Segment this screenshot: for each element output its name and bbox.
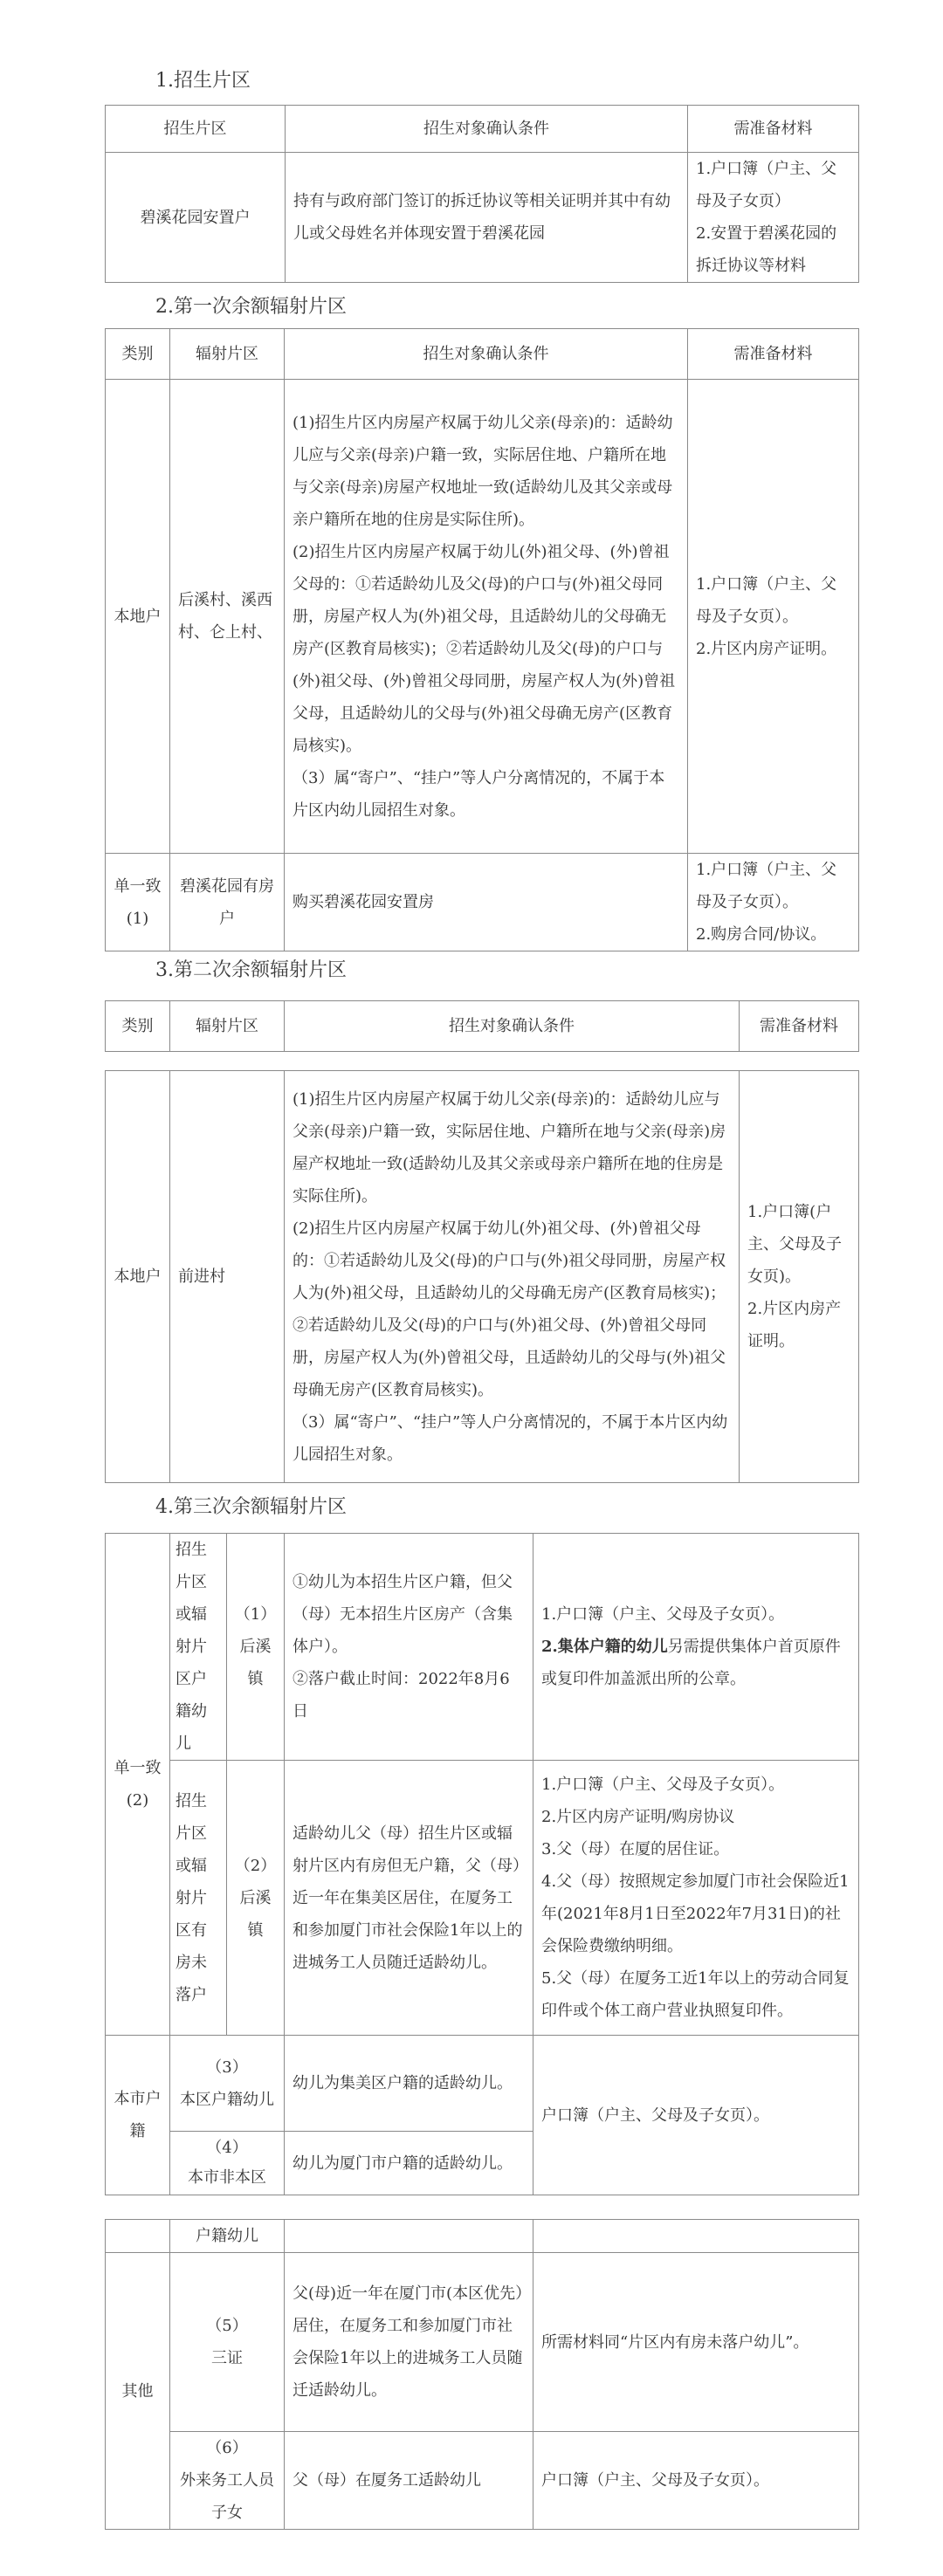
material-item: 2.片区内房产证明/购房协议 [541,1801,850,1833]
section-3-heading: 3.第二次余额辐射片区 [155,958,347,984]
material-item: 1.户口簿（户主、父母及子女页） [696,153,850,217]
condition-cell: (1)招生片区内房屋产权属于幼儿父亲(母亲)的：适龄幼儿应与父亲(母亲)户籍一致… [285,1071,740,1483]
table-row: 本市户籍 （3） 本区户籍幼儿 幼儿为集美区户籍的适龄幼儿。 户口簿（户主、父母… [106,2036,859,2132]
material-item: 2.片区内房产证明。 [696,633,850,665]
label-cell: （3） 本区户籍幼儿 [170,2036,285,2132]
material-item: 1.户口簿（户主、父母及子女页）。 [541,1769,850,1801]
materials-cell: 所需材料同“片区内有房未落户幼儿”。 [533,2253,859,2432]
materials-cell: 户口簿（户主、父母及子女页）。 [533,2036,859,2195]
condition-cell: (1)招生片区内房屋产权属于幼儿父亲(母亲)的：适龄幼儿应与父亲(母亲)户籍一致… [285,380,688,854]
table-row: 本地户 后溪村、溪西村、仑上村、 (1)招生片区内房屋产权属于幼儿父亲(母亲)的… [106,380,859,854]
empty-cell [106,2220,170,2253]
empty-cell [285,2220,533,2253]
header-materials: 需准备材料 [740,1001,859,1052]
label-number: （5） [178,2310,276,2342]
condition-item: （3）属“寄户”、“挂户”等人户分离情况的，不属于本片区内幼儿园招生对象。 [293,762,679,827]
section-3-table: 本地户 前进村 (1)招生片区内房屋产权属于幼儿父亲(母亲)的：适龄幼儿应与父亲… [105,1070,859,1483]
table-row: 单一致(1) 碧溪花园有房户 购买碧溪花园安置房 1.户口簿（户主、父母及子女页… [106,854,859,951]
material-item: 2.购房合同/协议。 [696,918,850,951]
material-item: 2.安置于碧溪花园的拆迁协议等材料 [696,217,850,282]
materials-cell: 1.户口簿（户主、父母及子女页）。 2.购房合同/协议。 [688,854,859,951]
zone-cell: 碧溪花园安置户 [106,153,286,283]
label-number: （6） [178,2432,276,2464]
table-row: 其他 （5） 三证 父(母)近一年在厦门市(本区优先）居住，在厦务工和参加厦门市… [106,2253,859,2432]
label-cell: （4） 本市非本区 [170,2132,285,2195]
category-cell: 单一致(1) [106,854,170,951]
materials-cell: 户口簿（户主、父母及子女页）。 [533,2432,859,2530]
condition-cell: 父（母）在厦务工适龄幼儿 [285,2432,533,2530]
condition-item: (2)招生片区内房屋产权属于幼儿(外)祖父母、(外)曾祖父母的：①若适龄幼儿及父… [293,536,679,762]
condition-cell: 父(母)近一年在厦门市(本区优先）居住，在厦务工和参加厦门市社会保险1年以上的进… [285,2253,533,2432]
header-zone: 招生片区 [106,106,286,153]
condition-cell: 持有与政府部门签订的拆迁协议等相关证明并其中有幼儿或父母姓名并体现安置于碧溪花园 [286,153,688,283]
section-2-heading: 2.第一次余额辐射片区 [155,294,347,320]
condition-cell: 购买碧溪花园安置房 [285,854,688,951]
condition-item: (1)招生片区内房屋产权属于幼儿父亲(母亲)的：适龄幼儿应与父亲(母亲)户籍一致… [293,1083,731,1212]
section-4-table: 单一致(2) 招生片区或辐射片区户籍幼儿 （1）后溪镇 ①幼儿为本招生片区户籍，… [105,1533,859,2195]
table-row: （6） 外来务工人员子女 父（母）在厦务工适龄幼儿 户口簿（户主、父母及子女页）… [106,2432,859,2530]
material-item: 4.父（母）按照规定参加厦门市社会保险近1年(2021年8月1日至2022年7月… [541,1865,850,1962]
condition-item: (2)招生片区内房屋产权属于幼儿(外)祖父母、(外)曾祖父母的：①若适龄幼儿及父… [293,1212,731,1406]
header-category: 类别 [106,329,170,380]
section-4-continuation-table: 户籍幼儿 其他 （5） 三证 父(母)近一年在厦门市(本区优先）居住，在厦务工和… [105,2219,859,2530]
condition-cell: ①幼儿为本招生片区户籍，但父（母）无本招生片区房产（含集体户）。 ②落户截止时间… [285,1534,533,1761]
section-1-heading: 1.招生片区 [155,68,251,94]
category-cell: 单一致(2) [106,1534,170,2036]
condition-cell: 适龄幼儿父（母）招生片区或辐射片区内有房但无户籍，父（母）近一年在集美区居住，在… [285,1761,533,2036]
table-row: 单一致(2) 招生片区或辐射片区户籍幼儿 （1）后溪镇 ①幼儿为本招生片区户籍，… [106,1534,859,1761]
header-zone: 辐射片区 [170,1001,285,1052]
label-number: （4） [178,2133,276,2163]
zone-cell: 前进村 [170,1071,285,1483]
table-header-row: 类别 辐射片区 招生对象确认条件 需准备材料 [106,329,859,380]
material-item: 2.集体户籍的幼儿另需提供集体户首页原件或复印件加盖派出所的公章。 [541,1631,850,1695]
material-item: 5.父（母）在厦务工近1年以上的劳动合同复印件或个体工商户营业执照复印件。 [541,1962,850,2027]
subcategory-cell: 招生片区或辐射片区有房未落户 [170,1761,227,2036]
condition-cell: 幼儿为厦门市户籍的适龄幼儿。 [285,2132,533,2195]
label-text: 本区户籍幼儿 [178,2084,276,2116]
category-cell: 本市户籍 [106,2036,170,2195]
material-item: 2.片区内房产证明。 [747,1293,850,1357]
empty-cell [533,2220,859,2253]
zone-cell: 后溪村、溪西村、仑上村、 [170,380,285,854]
header-condition: 招生对象确认条件 [285,1001,740,1052]
table-row: 招生片区或辐射片区有房未落户 （2）后溪镇 适龄幼儿父（母）招生片区或辐射片区内… [106,1761,859,2036]
label-cell: 户籍幼儿 [170,2220,285,2253]
material-item: 1.户口簿(户主、父母及子女页)。 [747,1196,850,1293]
header-zone: 辐射片区 [170,329,285,380]
condition-item: （3）属“寄户”、“挂户”等人户分离情况的，不属于本片区内幼儿园招生对象。 [293,1406,731,1471]
condition-item: ①幼儿为本招生片区户籍，但父（母）无本招生片区房产（含集体户）。 [293,1566,525,1663]
header-materials: 需准备材料 [688,106,859,153]
category-cell: 本地户 [106,380,170,854]
label-text: 本市非本区 [178,2163,276,2193]
label-cell: （2）后溪镇 [227,1761,285,2036]
material-item: 1.户口簿（户主、父母及子女页）。 [541,1598,850,1631]
table-row: 户籍幼儿 [106,2220,859,2253]
materials-cell: 1.户口簿（户主、父母及子女页） 2.安置于碧溪花园的拆迁协议等材料 [688,153,859,283]
label-cell: （5） 三证 [170,2253,285,2432]
material-item: 1.户口簿（户主、父母及子女页）。 [696,854,850,918]
header-condition: 招生对象确认条件 [286,106,688,153]
table-header-row: 招生片区 招生对象确认条件 需准备材料 [106,106,859,153]
label-number: （3） [178,2051,276,2084]
section-1-table: 招生片区 招生对象确认条件 需准备材料 碧溪花园安置户 持有与政府部门签订的拆迁… [105,105,859,283]
category-cell: 本地户 [106,1071,170,1483]
materials-cell: 1.户口簿（户主、父母及子女页）。 2.片区内房产证明/购房协议 3.父（母）在… [533,1761,859,2036]
section-4-heading: 4.第三次余额辐射片区 [155,1494,347,1521]
label-cell: （6） 外来务工人员子女 [170,2432,285,2530]
condition-item: (1)招生片区内房屋产权属于幼儿父亲(母亲)的：适龄幼儿应与父亲(母亲)户籍一致… [293,407,679,536]
section-2-table: 类别 辐射片区 招生对象确认条件 需准备材料 本地户 后溪村、溪西村、仑上村、 … [105,328,859,951]
label-text: 三证 [178,2342,276,2374]
label-text: 外来务工人员子女 [178,2464,276,2529]
condition-cell: 幼儿为集美区户籍的适龄幼儿。 [285,2036,533,2132]
material-item: 3.父（母）在厦的居住证。 [541,1833,850,1865]
material-item: 1.户口簿（户主、父母及子女页）。 [696,568,850,633]
materials-cell: 1.户口簿（户主、父母及子女页）。 2.片区内房产证明。 [688,380,859,854]
table-row: 本地户 前进村 (1)招生片区内房屋产权属于幼儿父亲(母亲)的：适龄幼儿应与父亲… [106,1071,859,1483]
table-row: 碧溪花园安置户 持有与政府部门签订的拆迁协议等相关证明并其中有幼儿或父母姓名并体… [106,153,859,283]
materials-cell: 1.户口簿（户主、父母及子女页）。 2.集体户籍的幼儿另需提供集体户首页原件或复… [533,1534,859,1761]
header-condition: 招生对象确认条件 [285,329,688,380]
section-3-header-table: 类别 辐射片区 招生对象确认条件 需准备材料 [105,1000,859,1052]
subcategory-cell: 招生片区或辐射片区户籍幼儿 [170,1534,227,1761]
material-bold-text: 2.集体户籍的幼儿 [541,1638,668,1656]
label-cell: （1）后溪镇 [227,1534,285,1761]
category-cell: 其他 [106,2253,170,2530]
materials-cell: 1.户口簿(户主、父母及子女页)。 2.片区内房产证明。 [740,1071,859,1483]
condition-item: ②落户截止时间：2022年8月6日 [293,1663,525,1728]
header-category: 类别 [106,1001,170,1052]
zone-cell: 碧溪花园有房户 [170,854,285,951]
header-materials: 需准备材料 [688,329,859,380]
table-header-row: 类别 辐射片区 招生对象确认条件 需准备材料 [106,1001,859,1052]
